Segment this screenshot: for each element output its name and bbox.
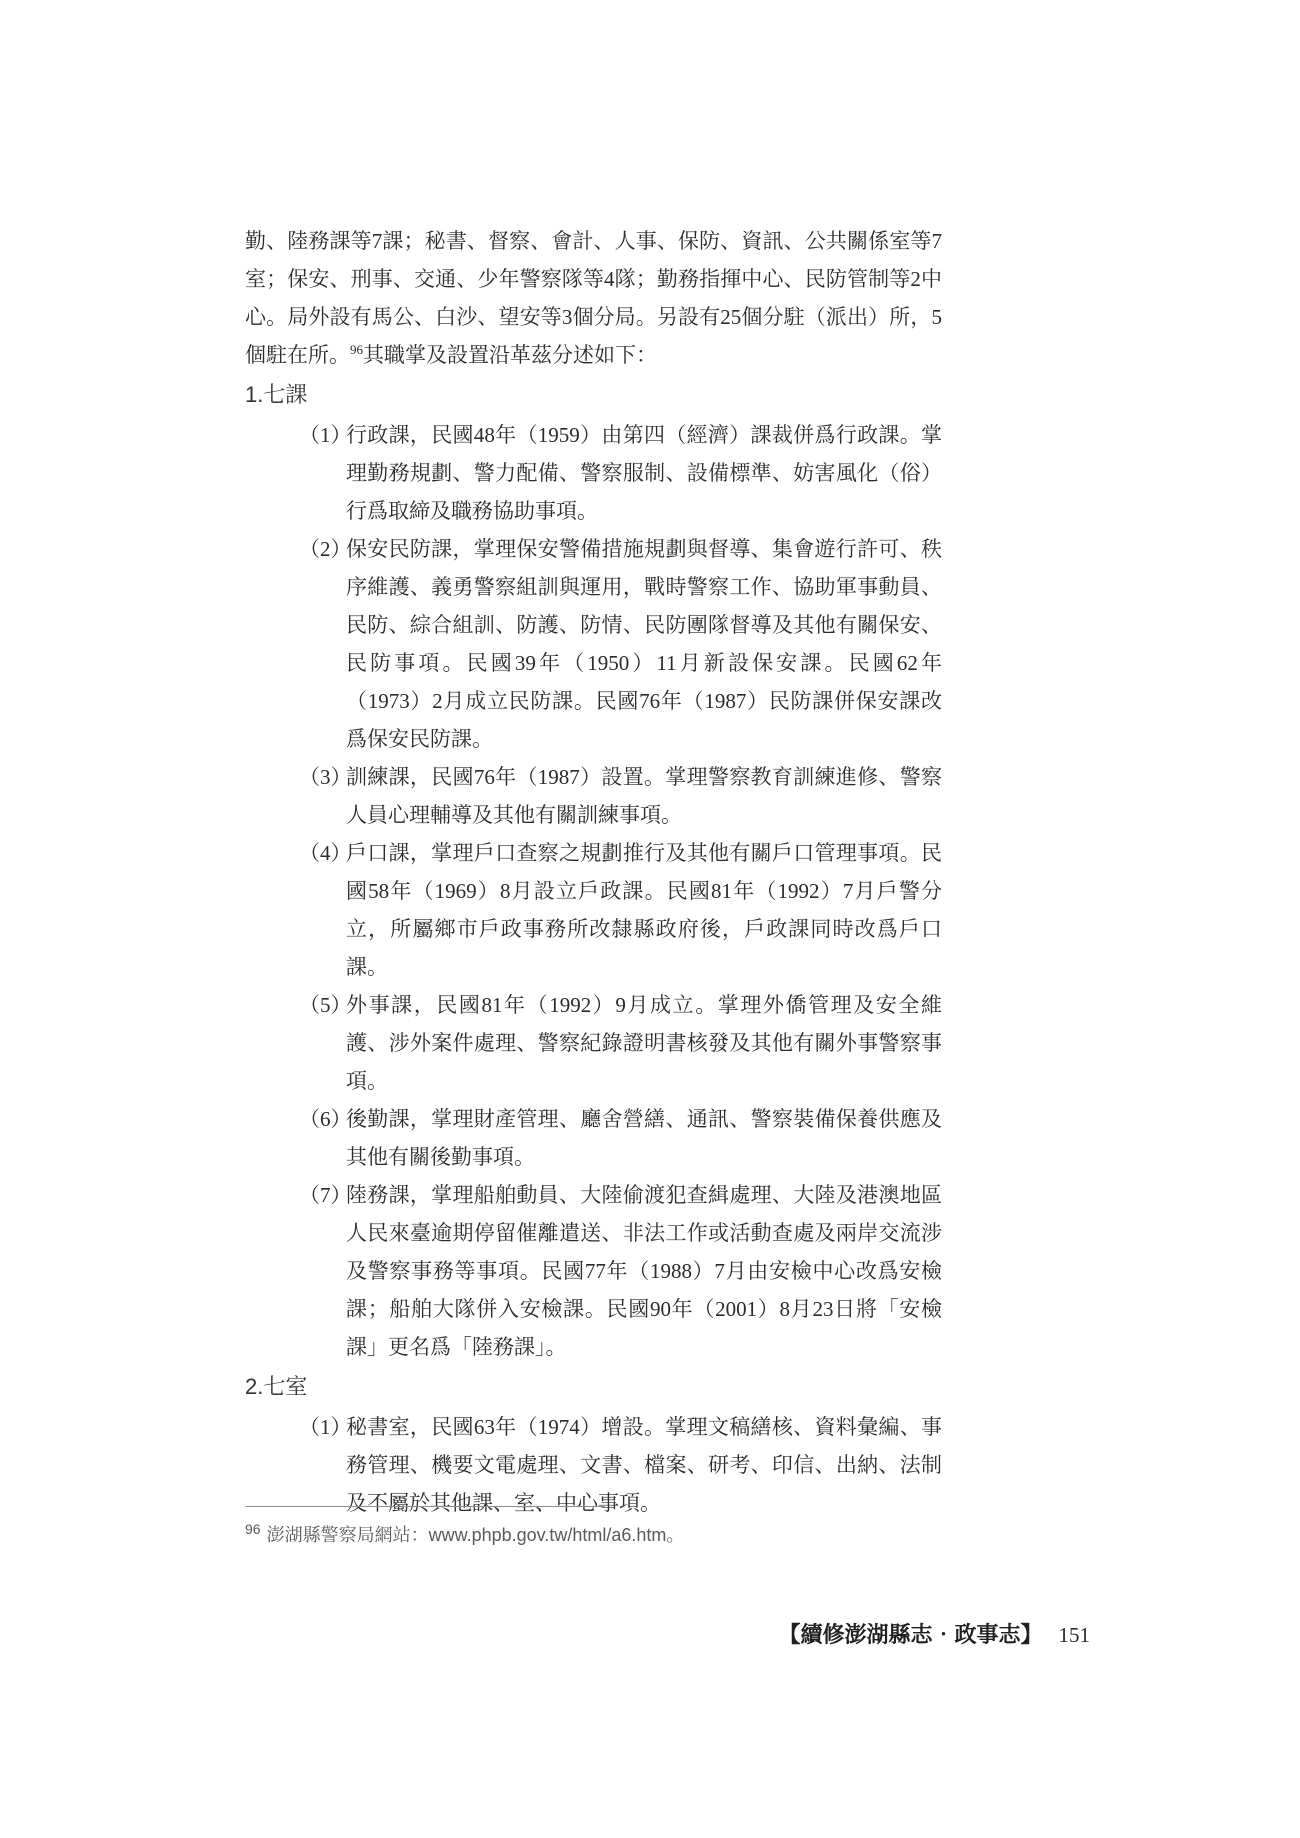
- footnote-text: 澎湖縣警察局網站：www.phpb.gov.tw/html/a6.htm。: [267, 1525, 685, 1545]
- page-content: 勤、陸務課等7課；秘書、督察、會計、人事、保防、資訊、公共關係室等7室；保安、刑…: [245, 222, 942, 1522]
- item-text: 行政課，民國48年（1959）由第四（經濟）課裁併爲行政課。掌理勤務規劃、警力配…: [346, 416, 942, 530]
- item-marker: （2）: [299, 530, 352, 568]
- book-title: 【續修澎湖縣志‧政事志】: [778, 1618, 1042, 1649]
- footnote-line: 96澎湖縣警察局網站：www.phpb.gov.tw/html/a6.htm。: [245, 1523, 942, 1547]
- list-item: （6） 後勤課，掌理財產管理、廳舍營繕、通訊、警察裝備保養供應及其他有關後勤事項…: [245, 1100, 942, 1176]
- item-text: 訓練課，民國76年（1987）設置。掌理警察教育訓練進修、警察人員心理輔導及其他…: [346, 758, 942, 834]
- item-marker: （4）: [299, 834, 352, 872]
- list-item: （1） 行政課，民國48年（1959）由第四（經濟）課裁併爲行政課。掌理勤務規劃…: [245, 416, 942, 530]
- list-item: （2） 保安民防課，掌理保安警備措施規劃與督導、集會遊行許可、秩序維護、義勇警察…: [245, 530, 942, 758]
- item-marker: （5）: [299, 986, 352, 1024]
- item-marker: （3）: [299, 758, 352, 796]
- page-number: 151: [1059, 1623, 1091, 1648]
- page-footer: 【續修澎湖縣志‧政事志】 151: [778, 1618, 1090, 1649]
- item-marker: （1）: [299, 1408, 352, 1446]
- list-item: （1） 秘書室，民國63年（1974）增設。掌理文稿繕核、資料彙編、事務管理、機…: [245, 1408, 942, 1522]
- document-page: 勤、陸務課等7課；秘書、督察、會計、人事、保防、資訊、公共關係室等7室；保安、刑…: [0, 0, 1300, 1838]
- item-marker: （1）: [299, 416, 352, 454]
- footnote-reference-mark: 96: [350, 342, 363, 357]
- list-item: （3） 訓練課，民國76年（1987）設置。掌理警察教育訓練進修、警察人員心理輔…: [245, 758, 942, 834]
- footnote-number: 96: [245, 1521, 261, 1537]
- item-marker: （6）: [299, 1100, 352, 1138]
- intro-paragraph: 勤、陸務課等7課；秘書、督察、會計、人事、保防、資訊、公共關係室等7室；保安、刑…: [245, 222, 942, 374]
- footnote-area: 96澎湖縣警察局網站：www.phpb.gov.tw/html/a6.htm。: [245, 1506, 942, 1547]
- list-item: （5） 外事課，民國81年（1992）9月成立。掌理外僑管理及安全維護、涉外案件…: [245, 986, 942, 1100]
- item-text: 戶口課，掌理戶口查察之規劃推行及其他有關戶口管理事項。民國58年（1969）8月…: [346, 834, 942, 986]
- intro-continuation: 其職掌及設置沿革茲分述如下：: [363, 343, 657, 367]
- section-heading-courses: 1.七課: [245, 375, 942, 415]
- item-text: 外事課，民國81年（1992）9月成立。掌理外僑管理及安全維護、涉外案件處理、警…: [346, 986, 942, 1100]
- list-item: （4） 戶口課，掌理戶口查察之規劃推行及其他有關戶口管理事項。民國58年（196…: [245, 834, 942, 986]
- item-text: 保安民防課，掌理保安警備措施規劃與督導、集會遊行許可、秩序維護、義勇警察組訓與運…: [346, 530, 942, 758]
- item-marker: （7）: [299, 1176, 352, 1214]
- item-text: 秘書室，民國63年（1974）增設。掌理文稿繕核、資料彙編、事務管理、機要文電處…: [346, 1408, 942, 1522]
- item-text: 後勤課，掌理財產管理、廳舍營繕、通訊、警察裝備保養供應及其他有關後勤事項。: [346, 1100, 942, 1176]
- section-heading-offices: 2.七室: [245, 1367, 942, 1407]
- item-text: 陸務課，掌理船舶動員、大陸偷渡犯查緝處理、大陸及港澳地區人民來臺逾期停留催離遣送…: [346, 1176, 942, 1366]
- list-item: （7） 陸務課，掌理船舶動員、大陸偷渡犯查緝處理、大陸及港澳地區人民來臺逾期停留…: [245, 1176, 942, 1366]
- footnote-divider: [245, 1506, 605, 1507]
